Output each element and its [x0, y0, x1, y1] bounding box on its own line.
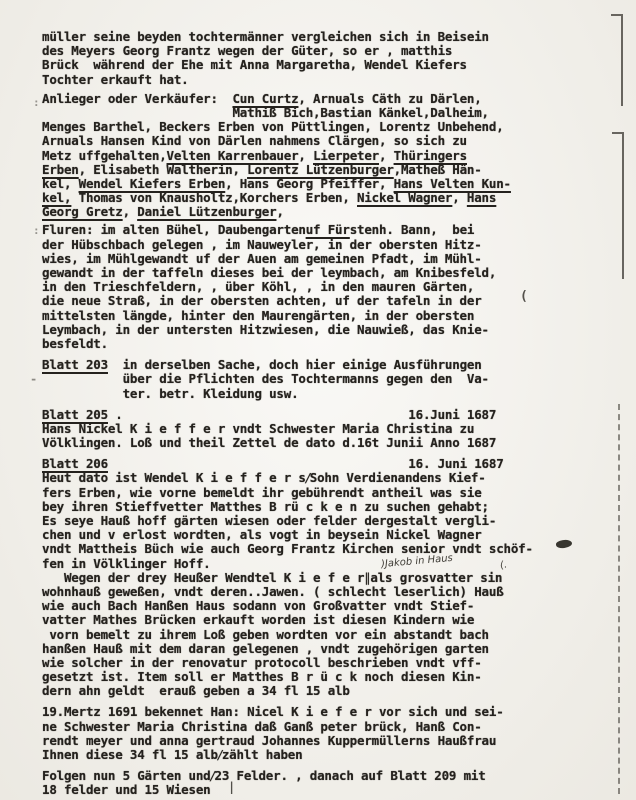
scanned-typewritten-page: müller seine beyden tochtermänner vergle… [0, 0, 636, 800]
text-segment: ter. betr. Kleidung usw. [42, 386, 298, 401]
text-segment: , [123, 204, 138, 219]
text-segment: Anlieger oder Verkäufer: [42, 91, 232, 106]
entry-blatt-206: Blatt 206 16. Juni 1687Heut dato ist Wen… [42, 457, 617, 698]
text-segment: Völklingen. Loß und theil Zettel de dato… [42, 435, 496, 450]
doc-line: rendt meyer und anna gertraud Johannes K… [42, 734, 617, 748]
doc-line: Völklingen. Loß und theil Zettel de dato… [42, 436, 617, 450]
doc-line: der Hübschbach gelegen , im Nauweyler, i… [42, 238, 617, 252]
text-segment: Leymbach, in der untersten Hitzwiesen, d… [42, 322, 489, 337]
doc-line: fers Erben, wie vorne bemeldt ihr gebühr… [42, 486, 617, 500]
text-segment: Ihnen diese 34 fl 15 alb [42, 747, 218, 762]
underlined-segment: Georg Gretz [42, 204, 123, 219]
doc-line: Erben, Elisabeth Waltherin, Lorentz Lütz… [42, 163, 617, 177]
doc-line: Leymbach, in der untersten Hitzwiesen, d… [42, 323, 617, 337]
text-segment: ,Matheß Hän- [394, 162, 482, 177]
underlined-segment: Lierpeter [313, 148, 379, 163]
underlined-segment: Daniel Lützenburger [137, 204, 276, 219]
text-segment: 23 Felder. , danach auf Blatt 209 mit [215, 768, 486, 783]
doc-line: Arnuals Hansen Kind von Därlen nahmens C… [42, 134, 617, 148]
doc-line: dern ahn geldt erauß geben a 34 fl 15 al… [42, 684, 617, 698]
para-fluren: Fluren: im alten Bühel, Daubengartenuf F… [42, 223, 617, 351]
left-margin-colon-2: : [33, 224, 40, 237]
doc-line: vndt Mattheis Büch wie auch Georg Frantz… [42, 542, 617, 556]
text-segment: Metz uffgehalten, [42, 148, 167, 163]
underlined-segment: Thüringers [394, 148, 467, 163]
text-segment: kel, [42, 176, 79, 191]
doc-line: Mathiß Bich,Bastian Känkel,Dalheim, [42, 106, 617, 120]
text-segment: vndt Mattheis Büch wie auch Georg Frantz… [42, 541, 533, 556]
doc-line: Metz uffgehalten,Velten Karrenbauer, Lie… [42, 149, 617, 163]
text-segment: Es seye Hauß hoff gärten wiesen oder fel… [42, 513, 496, 528]
doc-line: Hans Nickel K i e f f e r vndt Schwester… [42, 422, 617, 436]
doc-line: ne Schwester Maria Christina daß Ganß pe… [42, 720, 617, 734]
doc-line: Georg Gretz, Daniel Lützenburger, [42, 205, 617, 219]
text-segment: über die Pflichten des Tochtermanns gege… [42, 371, 489, 386]
margin-bracket-top [611, 14, 623, 106]
text-segment: , [298, 148, 313, 163]
doc-line: 19.Mertz 1691 bekennet Han: Nicel K i e … [42, 705, 617, 719]
doc-line: vatter Mathes Brücken erkauft worden ist… [42, 613, 617, 627]
doc-line: 18 felder und 15 Wiesen [42, 783, 617, 797]
text-segment: 16.Juni 1687 [123, 407, 497, 422]
underlined-segment: Blatt 205 [42, 407, 108, 422]
doc-line: mittelsten längde, hinter den Maurengärt… [42, 309, 617, 323]
text-segment: 18 felder und 15 Wiesen [42, 782, 211, 797]
text-segment: 19.Mertz 1691 bekennet Han: Nicel K i e … [42, 704, 504, 719]
text-segment: wie solcher in der renovatur protocoll b… [42, 655, 482, 670]
para-intro: müller seine beyden tochtermänner vergle… [42, 30, 617, 87]
text-segment: fers Erben, wie vorne bemeldt ihr gebühr… [42, 485, 482, 500]
doc-line: die neue Straß, in der obersten achten, … [42, 294, 617, 308]
para-mertz-1691: 19.Mertz 1691 bekennet Han: Nicel K i e … [42, 705, 617, 762]
text-segment: Mathiß Bich,Bastian Känkel,Dalheim, [42, 105, 489, 120]
text-segment: ne Schwester Maria Christina daß Ganß pe… [42, 719, 482, 734]
underlined-segment: Blatt 203 [42, 357, 108, 372]
text-segment: Fluren: im alten Bühel, Daubengarten [42, 222, 306, 237]
text-segment: hanßen Hauß mit dem daran gelegenen , vn… [42, 641, 489, 656]
text-segment: , [379, 148, 394, 163]
underlined-segment: Hans [467, 190, 496, 205]
entry-blatt-205: Blatt 205 . 16.Juni 1687Hans Nickel K i … [42, 408, 617, 451]
doc-line: bey ihren Stieffvetter Matthes B rü c k … [42, 500, 617, 514]
doc-line: wies, im Mühlgewandt uf der Auen am geme… [42, 252, 617, 266]
doc-line: Fluren: im alten Bühel, Daubengartenuf F… [42, 223, 617, 237]
text-segment: müller seine beyden tochtermänner vergle… [42, 29, 489, 44]
text-segment: als grosvatter sin [370, 570, 502, 585]
text-segment: mittelsten längde, hinter den Maurengärt… [42, 308, 474, 323]
underlined-segment: uf Für [306, 222, 350, 237]
text-segment: fen in Völklinger Hoff. [42, 556, 211, 571]
margin-dashed-line [618, 404, 622, 794]
text-segment: gesetzt ist. Item soll er Matthes B r ü … [42, 669, 482, 684]
text-segment: in den Trieschfeldern, , über Köhl, , in… [42, 279, 474, 294]
text-segment: vorn bemelt zu ihrem Loß geben wordten v… [42, 627, 489, 642]
doc-line: Heut dato ist Wendel K i e f f e r s/Soh… [42, 471, 617, 485]
stray-paren-mark: ( [520, 289, 528, 304]
para-anlieger-verkaeufer: Anlieger oder Verkäufer: Cun Curtz, Arnu… [42, 92, 617, 220]
doc-line: Blatt 205 . 16.Juni 1687 [42, 408, 617, 422]
stray-bar-mark: | [228, 780, 235, 794]
doc-line: über die Pflichten des Tochtermanns gege… [42, 372, 617, 386]
text-segment: in derselben Sache, doch hier einige Aus… [108, 357, 482, 372]
text-segment: . [108, 407, 123, 422]
text-segment: der Hübschbach gelegen , im Nauweyler, i… [42, 237, 482, 252]
doc-line: besfeldt. [42, 337, 617, 351]
text-segment: Tochter erkauft hat. [42, 72, 189, 87]
text-segment: Arnuals Hansen Kind von Därlen nahmens C… [42, 133, 467, 148]
doc-line: ter. betr. Kleidung usw. [42, 387, 617, 401]
text-segment: Sohn Verdienandens Kief- [310, 470, 486, 485]
text-segment: Heut dato ist Wendel K i e f f e r s [42, 470, 306, 485]
doc-line: hanßen Hauß mit dem daran gelegenen , vn… [42, 642, 617, 656]
entry-blatt-203: Blatt 203 in derselben Sache, doch hier … [42, 358, 617, 401]
text-segment: wohnhauß geweßen, vndt deren..Jawen. ( s… [42, 584, 504, 599]
text-segment: 16. Juni 1687 [108, 456, 504, 471]
text-segment: , [452, 190, 467, 205]
text-segment: wie auch Bach Hanßen Haus sodann von Gro… [42, 598, 474, 613]
text-segment: vatter Mathes Brücken erkauft worden ist… [42, 612, 474, 627]
text-segment: wies, im Mühlgewandt uf der Auen am geme… [42, 251, 482, 266]
text-segment: Thomas von Knausholtz,Korchers Erben, [71, 190, 357, 205]
underlined-segment: Blatt 206 [42, 456, 108, 471]
text-segment: zählt haben [222, 747, 303, 762]
doc-line: fen in Völklinger Hoff. [42, 557, 617, 571]
left-margin-dash: - [30, 372, 37, 386]
text-segment: des Meyers Georg Frantz wegen der Güter,… [42, 43, 452, 58]
text-segment: Hans Nickel K i e f f e r vndt Schwester… [42, 421, 474, 436]
underlined-segment: Velten Karrenbauer [167, 148, 299, 163]
doc-line: Ihnen diese 34 fl 15 alb/zählt haben [42, 748, 617, 762]
doc-line: wie solcher in der renovatur protocoll b… [42, 656, 617, 670]
text-segment: Menges Barthel, Beckers Erben von Püttli… [42, 119, 504, 134]
doc-line: kel, Wendel Kiefers Erben, Hans Georg Pf… [42, 177, 617, 191]
text-segment: dern ahn geldt erauß geben a 34 fl 15 al… [42, 683, 350, 698]
underlined-segment: Hans Velten Kun- [394, 176, 511, 191]
text-segment: Brück während der Ehe mit Anna Margareth… [42, 57, 467, 72]
doc-line: vorn bemelt zu ihrem Loß geben wordten v… [42, 628, 617, 642]
text-segment: die neue Straß, in der obersten achten, … [42, 293, 482, 308]
underlined-segment: Wendel Kiefers Erben [79, 176, 226, 191]
para-folgen: Folgen nun 5 Gärten und/23 Felder. , dan… [42, 769, 617, 797]
text-segment: , Elisabeth Waltherin, [79, 162, 248, 177]
text-segment: , Hans Georg Pfeiffer, [225, 176, 394, 191]
text-segment: , [276, 204, 283, 219]
underlined-segment: Erben [42, 162, 79, 177]
text-segment: Wegen der drey Heußer Wendtel K i e f e … [42, 570, 364, 585]
underlined-segment: Lorentz Lützenburger [247, 162, 394, 177]
doc-line: Brück während der Ehe mit Anna Margareth… [42, 58, 617, 72]
text-segment: chen und v erlost wordten, als vogt in b… [42, 527, 482, 542]
text-segment: bey ihren Stieffvetter Matthes B rü c k … [42, 499, 489, 514]
doc-line: Anlieger oder Verkäufer: Cun Curtz, Arnu… [42, 92, 617, 106]
doc-line: gesetzt ist. Item soll er Matthes B r ü … [42, 670, 617, 684]
text-segment: Folgen nun 5 Gärten und [42, 768, 211, 783]
margin-bracket-mid [612, 132, 624, 279]
doc-line: Tochter erkauft hat. [42, 73, 617, 87]
text-segment: gewandt in der taffeln dieses bei der le… [42, 265, 496, 280]
text-segment: besfeldt. [42, 336, 108, 351]
text-segment: stenh. Bann, bei [350, 222, 475, 237]
underlined-segment: Cun Curtz [232, 91, 298, 106]
text-segment: rendt meyer und anna gertraud Johannes K… [42, 733, 496, 748]
left-margin-colon-1: : [33, 96, 40, 109]
doc-line: Wegen der drey Heußer Wendtel K i e f e … [42, 571, 617, 585]
doc-line: wohnhauß geweßen, vndt deren..Jawen. ( s… [42, 585, 617, 599]
document-body: müller seine beyden tochtermänner vergle… [42, 30, 617, 798]
underlined-segment: Nickel Wagner [357, 190, 452, 205]
text-segment: , Arnuals Cäth zu Därlen, [298, 91, 481, 106]
underlined-segment: kel, [42, 190, 71, 205]
